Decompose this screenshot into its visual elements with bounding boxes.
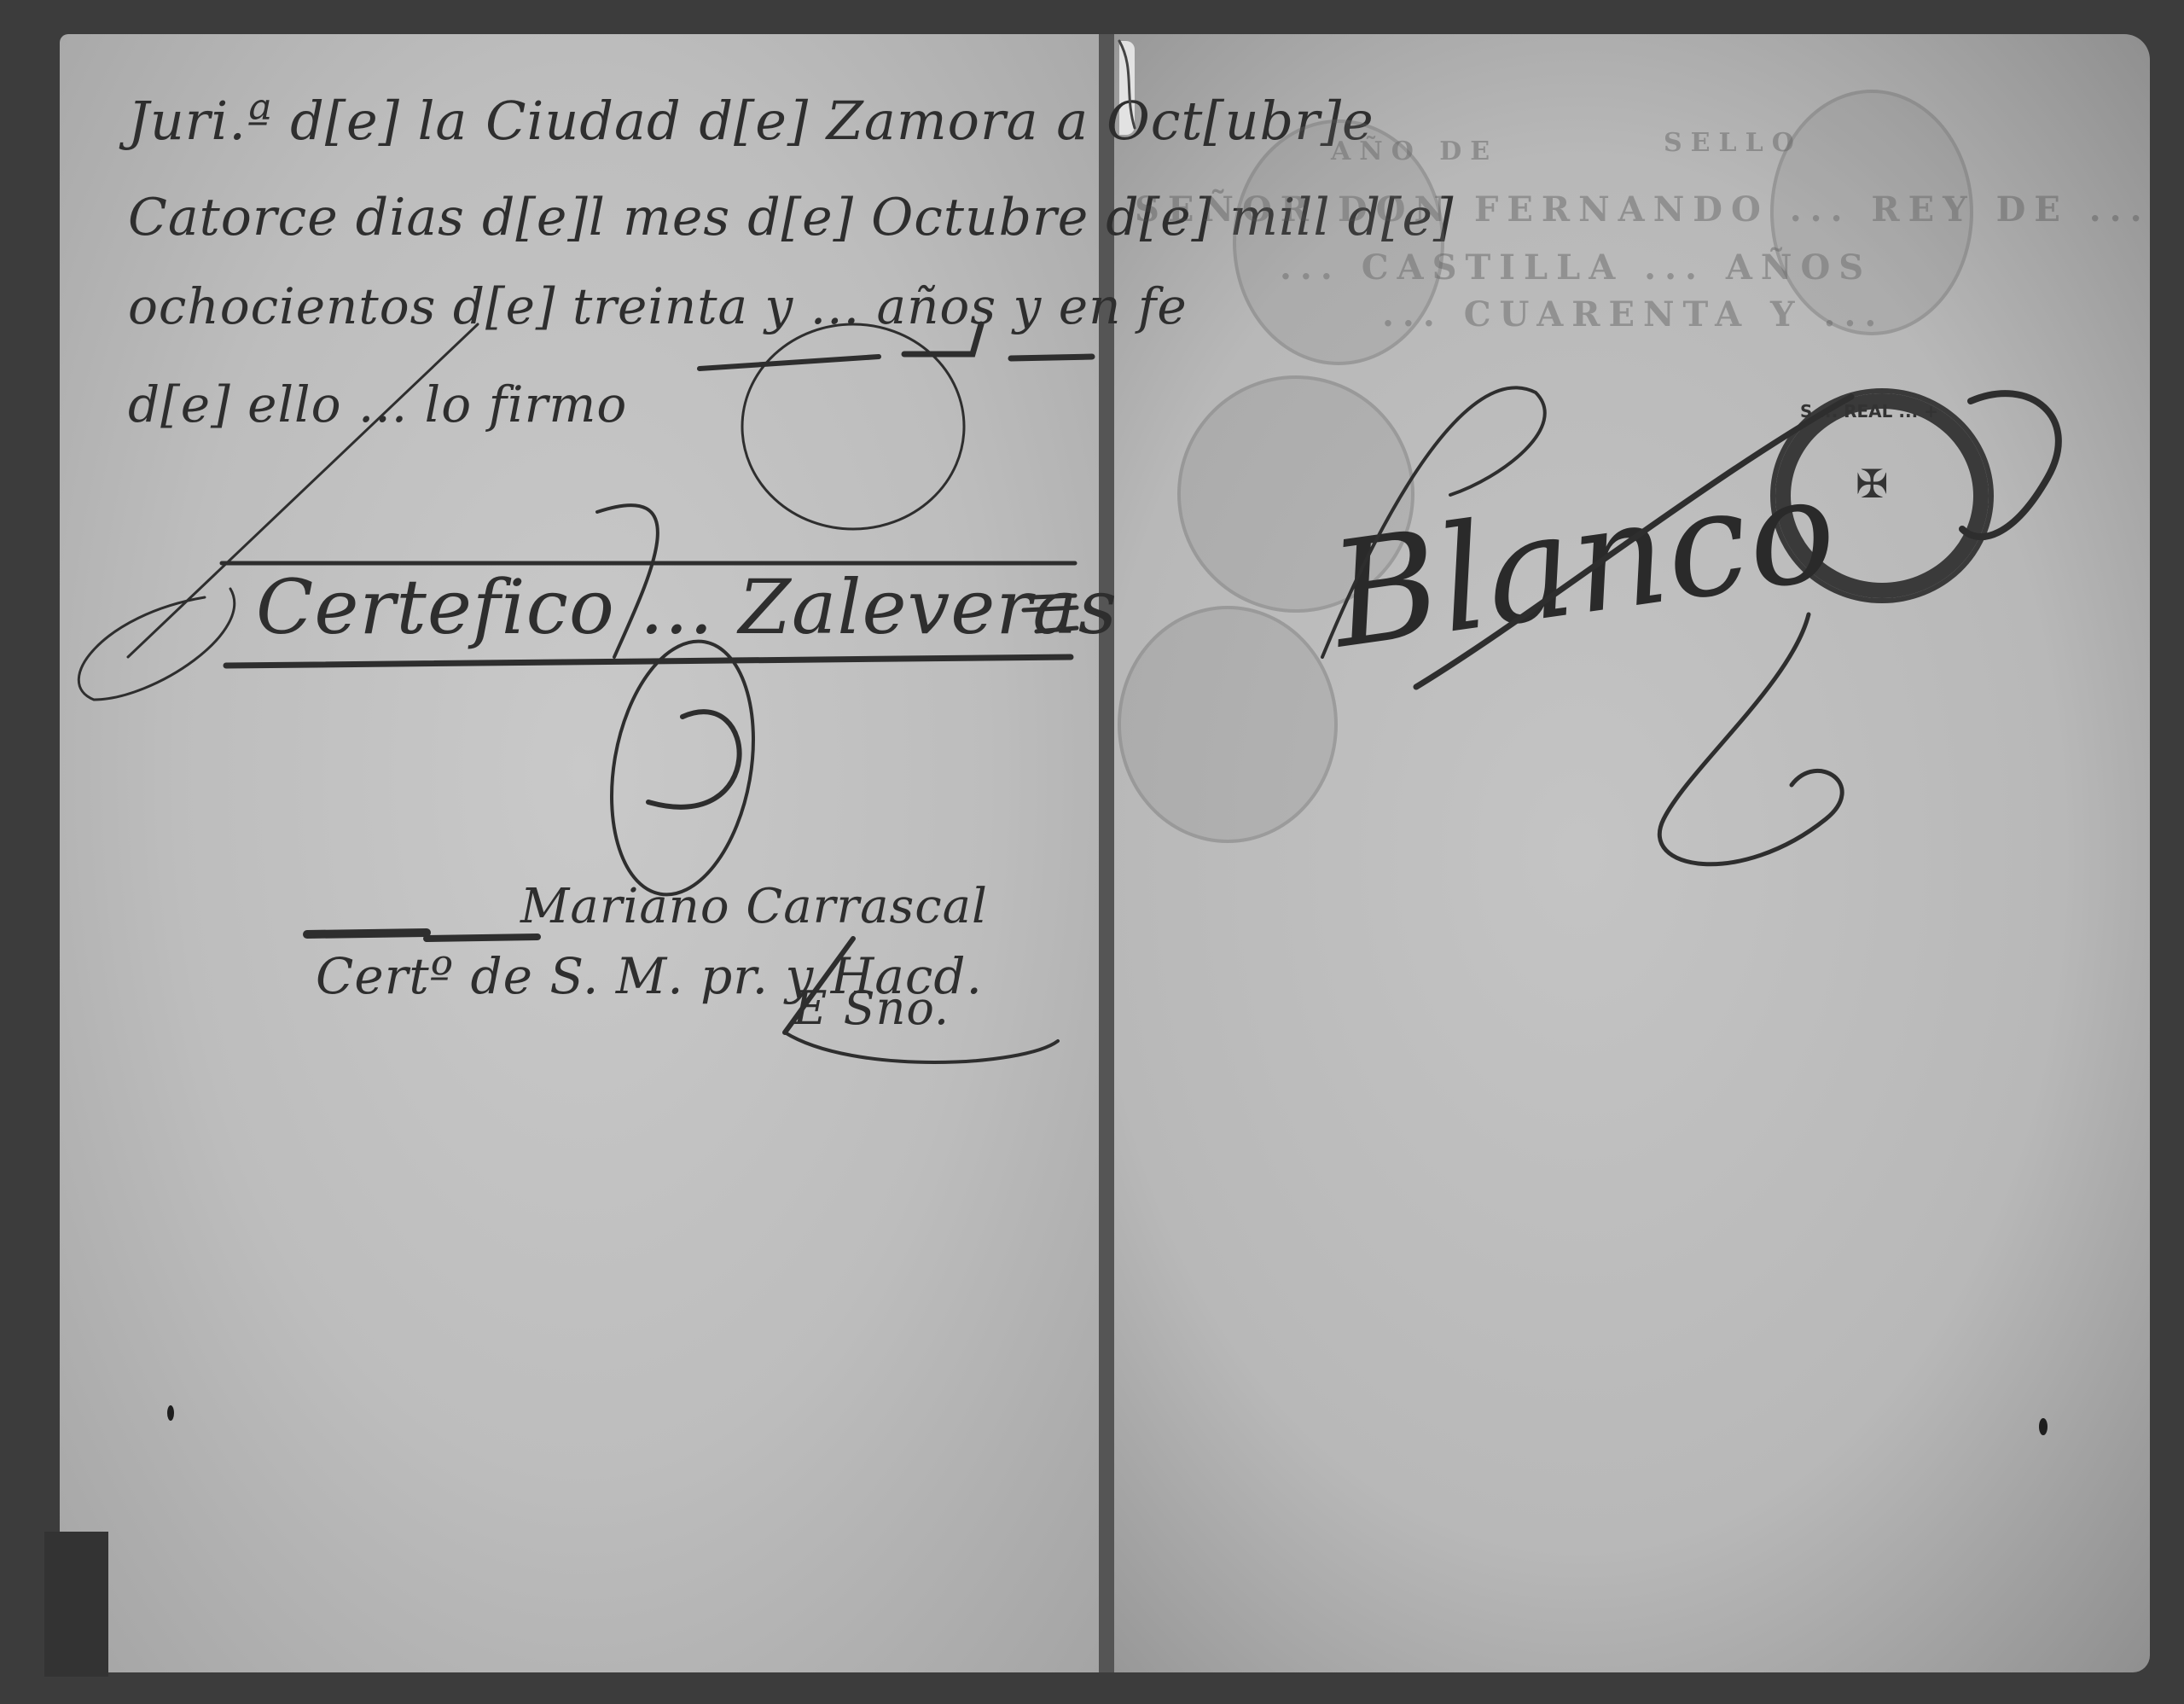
manuscript-line-3: ochocientos d[e] treinta y ... años y en… bbox=[128, 277, 1188, 335]
faded-seal-top-right bbox=[1770, 90, 1973, 335]
notary-abbrev: E Sno. bbox=[793, 981, 950, 1035]
flourish-word: Certefico ... Zaleveras bbox=[256, 563, 1118, 651]
stamp-outer-text: S ... REAL ... + bbox=[1800, 401, 1938, 422]
stamp-cross-icon: ✠ bbox=[1856, 461, 1889, 507]
signature-name: Mariano Carrascal bbox=[520, 879, 988, 934]
ink-speck bbox=[167, 1405, 174, 1421]
manuscript-line-4: d[e] ello ... lo firmo bbox=[128, 375, 627, 433]
ink-speck bbox=[2039, 1418, 2047, 1435]
faded-seal-lower bbox=[1118, 606, 1338, 843]
film-edge-block bbox=[44, 1532, 108, 1677]
faded-seal-top-left bbox=[1233, 119, 1444, 365]
manuscript-line-1: Juri.ª d[e] la Ciudad d[e] Zamora a Oct[… bbox=[128, 90, 1374, 152]
